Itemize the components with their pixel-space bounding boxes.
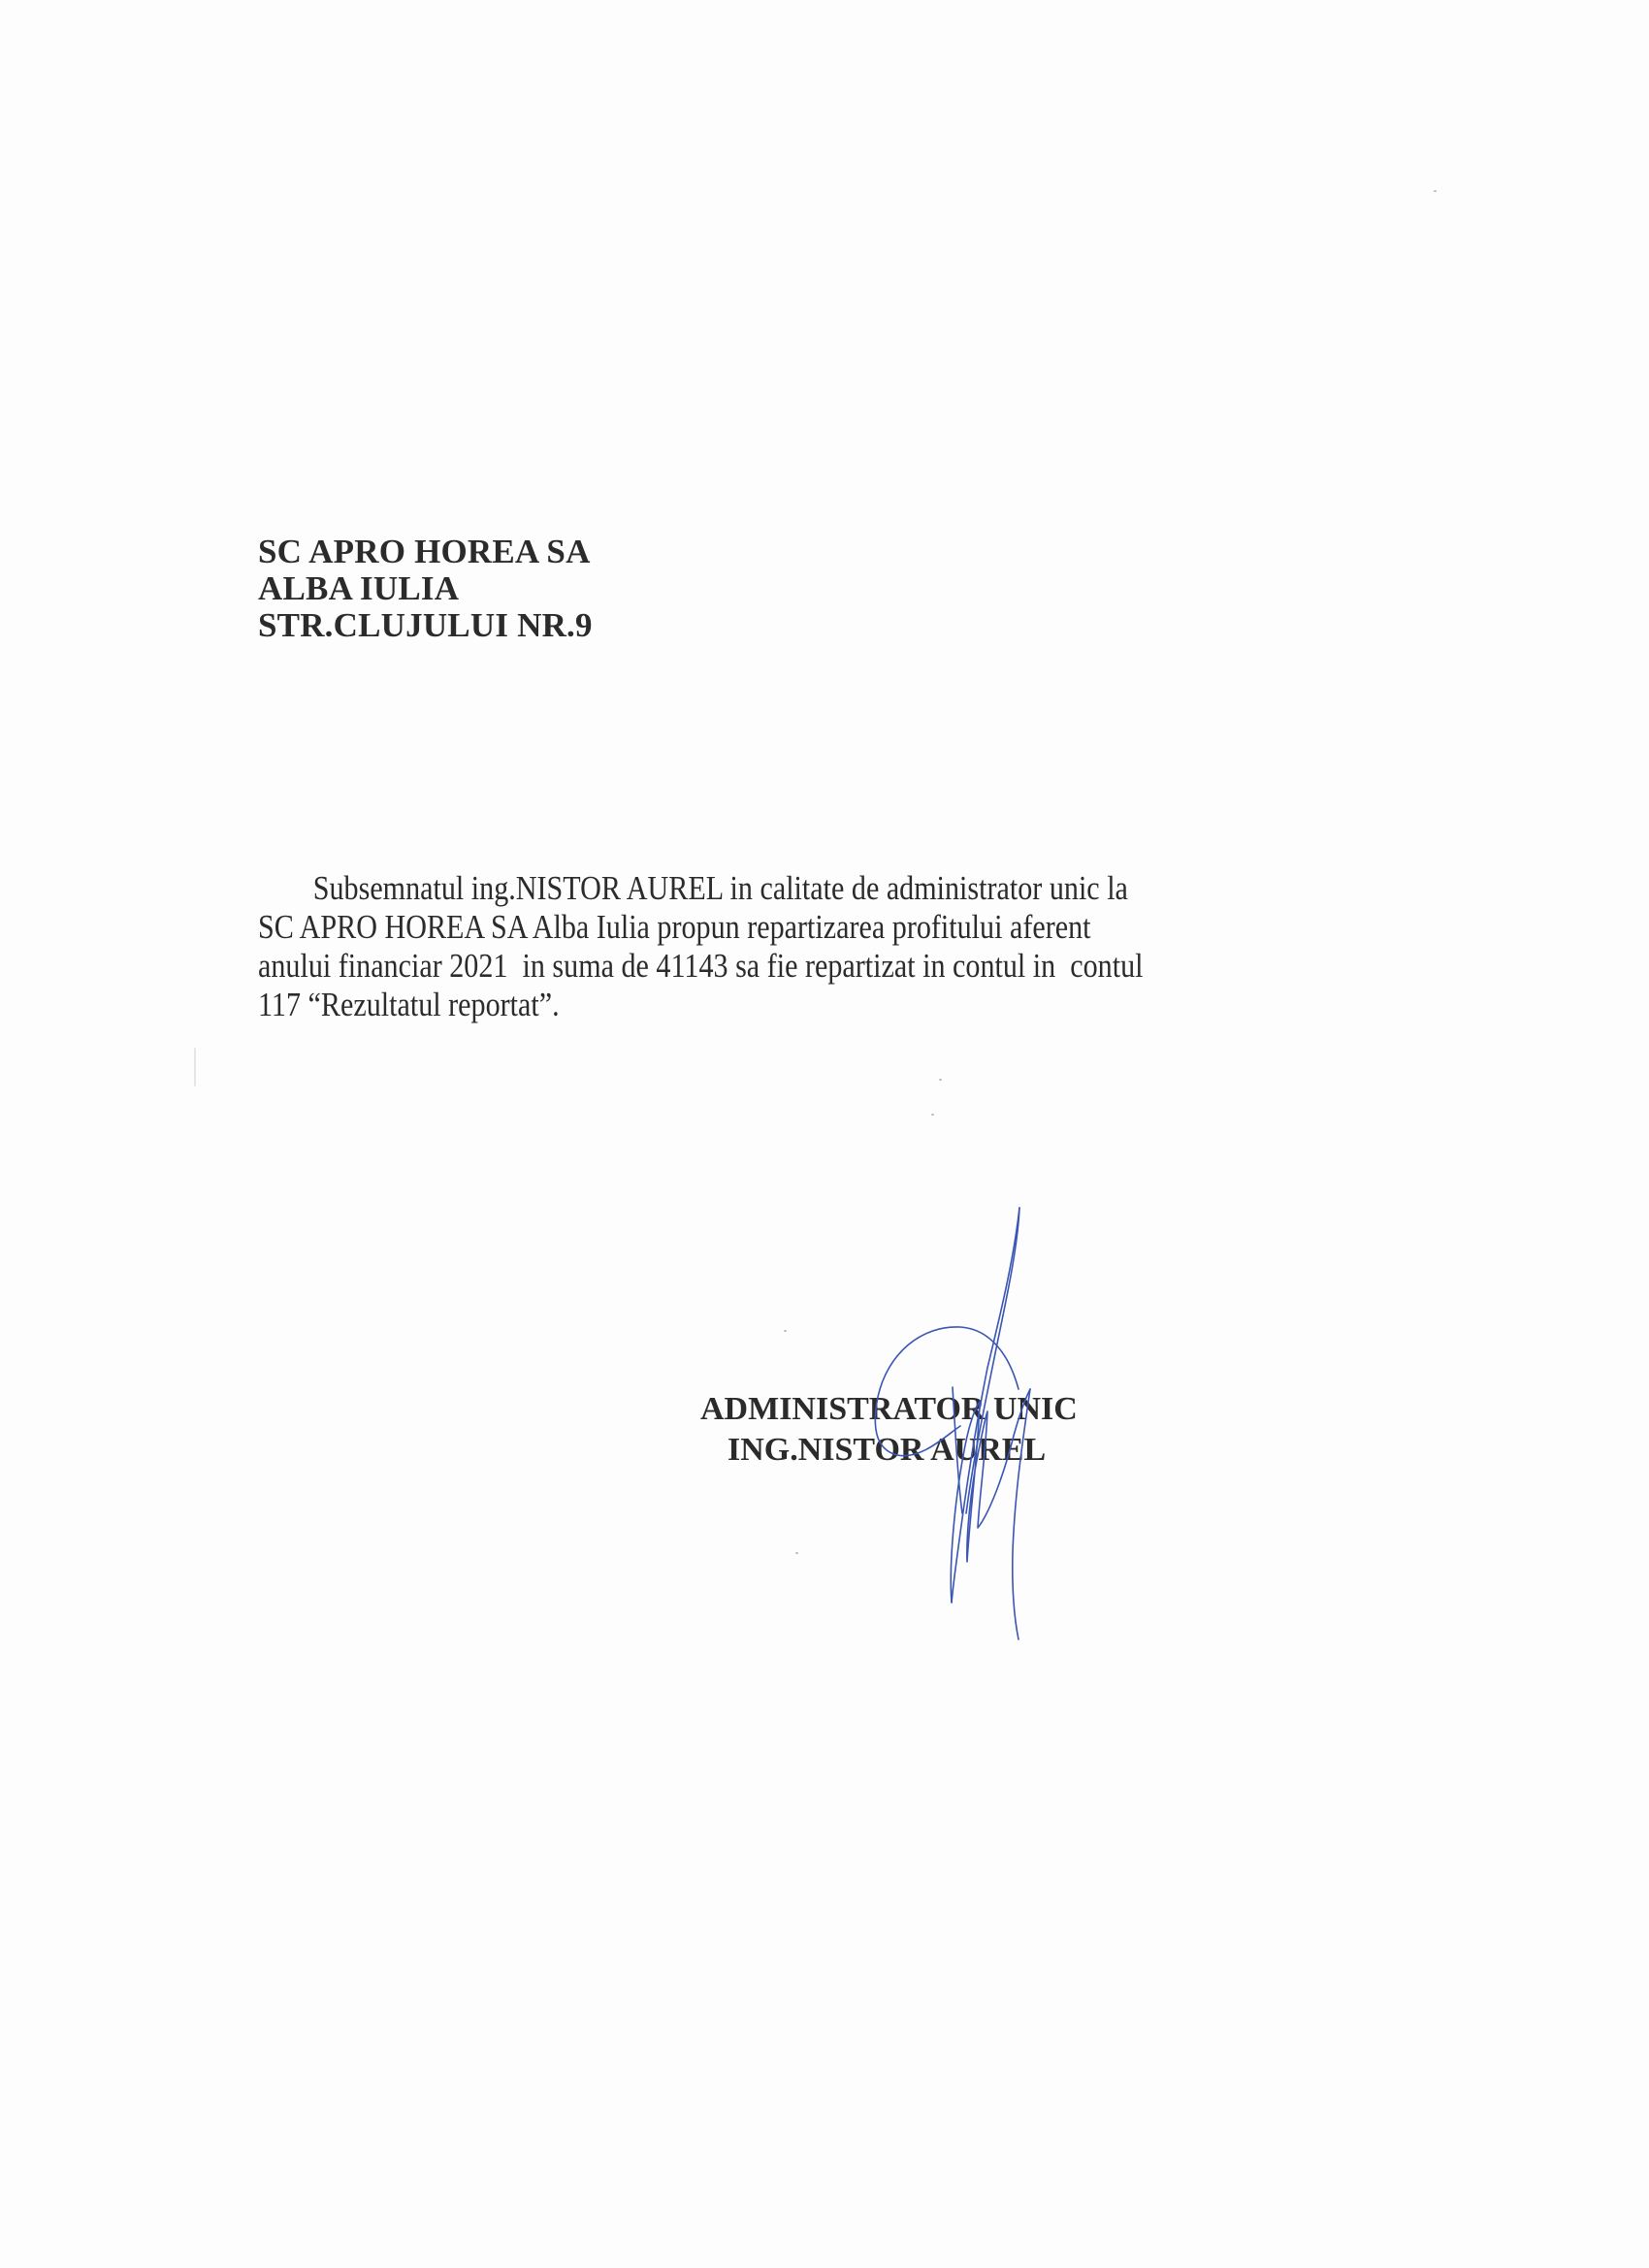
signatory-title: ADMINISTRATOR UNIC xyxy=(700,1389,1078,1430)
document-page: SC APRO HOREA SA ALBA IULIA STR.CLUJULUI… xyxy=(0,0,1649,2268)
paragraph-line: SC APRO HOREA SA Alba Iulia propun repar… xyxy=(258,908,1384,947)
paragraph-line: anului financiar 2021 in suma de 41143 s… xyxy=(258,947,1384,986)
company-header: SC APRO HOREA SA ALBA IULIA STR.CLUJULUI… xyxy=(258,534,593,644)
scan-speck xyxy=(1434,190,1437,192)
paragraph-line: 117 “Rezultatul reportat”. xyxy=(258,986,1384,1024)
company-city: ALBA IULIA xyxy=(258,570,593,607)
scan-speck xyxy=(795,1552,798,1554)
scan-mark xyxy=(194,1048,196,1086)
handwritten-signature-icon xyxy=(0,0,1649,2268)
company-name: SC APRO HOREA SA xyxy=(258,534,593,570)
declaration-paragraph: Subsemnatul ing.NISTOR AUREL in calitate… xyxy=(258,869,1384,1024)
paragraph-line: Subsemnatul ing.NISTOR AUREL in calitate… xyxy=(258,869,1384,908)
signature-block: ADMINISTRATOR UNIC ING.NISTOR AUREL xyxy=(700,1389,1078,1471)
company-address: STR.CLUJULUI NR.9 xyxy=(258,607,593,644)
scan-speck xyxy=(939,1079,942,1081)
scan-speck xyxy=(931,1114,934,1116)
signatory-name: ING.NISTOR AUREL xyxy=(700,1430,1078,1471)
scan-speck xyxy=(784,1330,787,1332)
